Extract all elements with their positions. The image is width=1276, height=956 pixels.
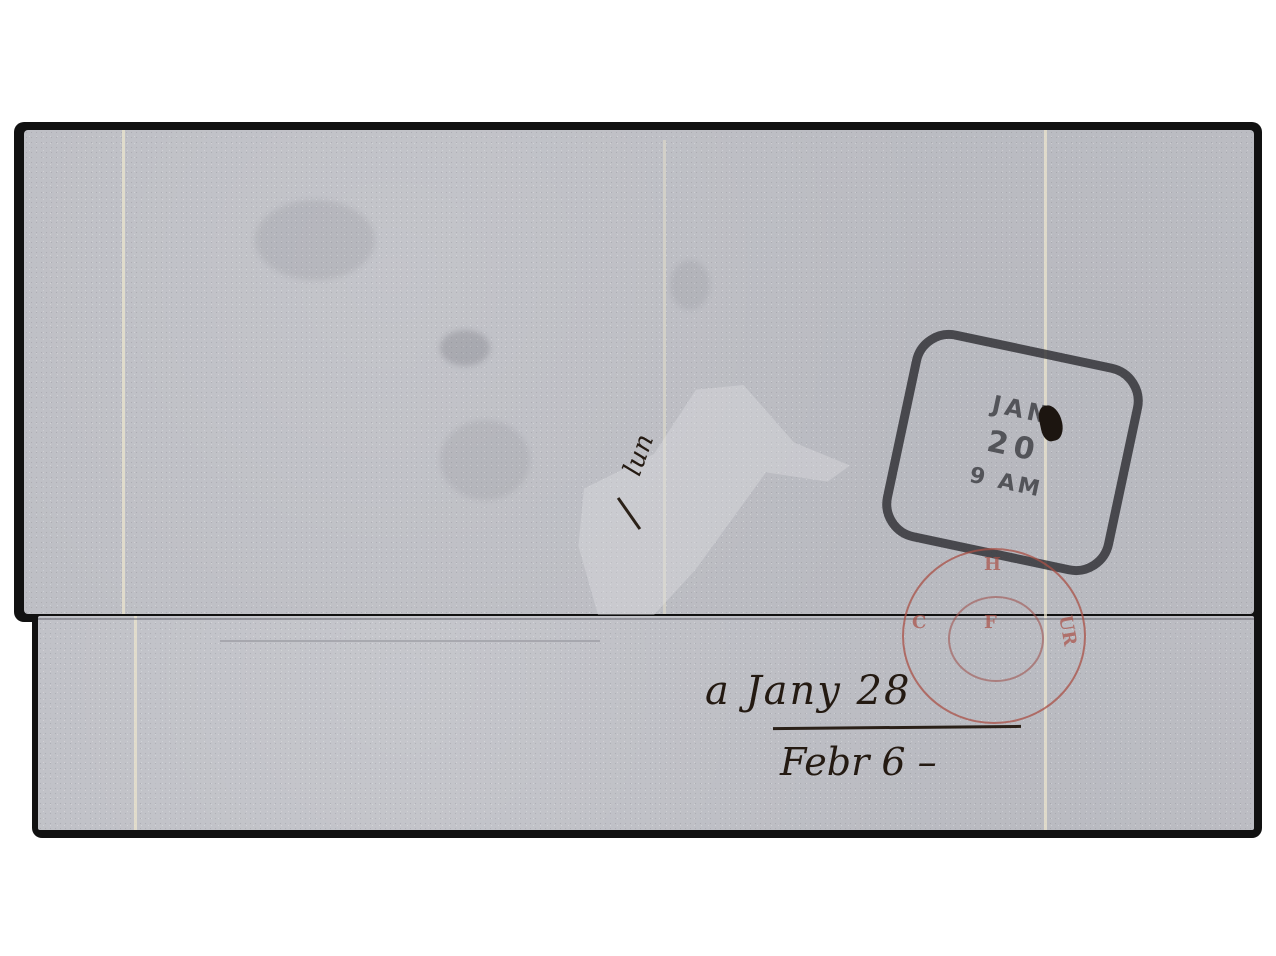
stain xyxy=(440,330,490,366)
stain xyxy=(670,260,710,310)
cancel-center-letters: F xyxy=(984,612,997,633)
docket-second-date: Febr 6 – xyxy=(780,740,937,784)
stain xyxy=(255,200,375,280)
letter-photo: JAN 20 9 AM H F C UR lun a Jany 28 Febr … xyxy=(0,0,1276,956)
docket-received-date: a Jany 28 xyxy=(705,668,911,714)
cancel-right-letters: UR xyxy=(1054,614,1080,648)
stain xyxy=(440,420,530,500)
cancel-inner-ring xyxy=(948,596,1044,682)
fold-line xyxy=(122,130,125,614)
cancel-top-letters: H xyxy=(984,554,1001,575)
red-circular-cancel: H F C UR xyxy=(902,548,1086,724)
flap-edge xyxy=(220,640,600,642)
cancel-left-letters: C xyxy=(912,612,926,633)
fold-line xyxy=(134,616,137,830)
